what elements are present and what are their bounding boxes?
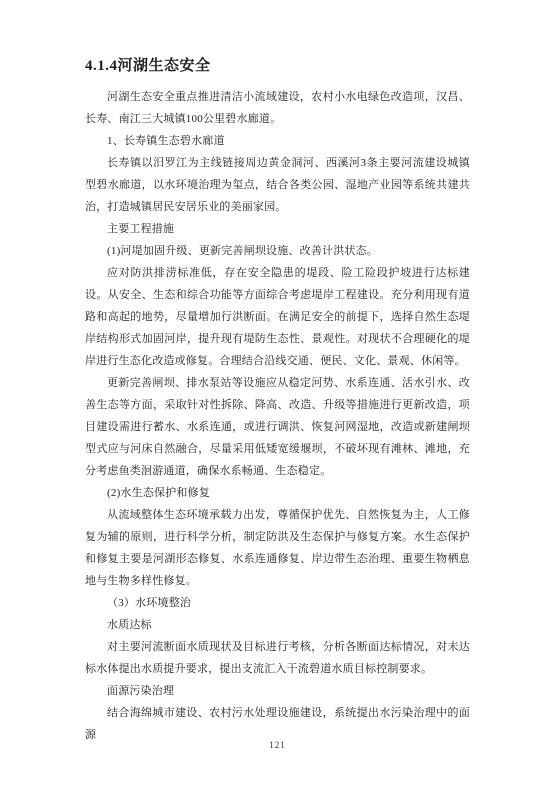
page-number: 121 <box>85 740 470 750</box>
paragraph-container: 河湖生态安全重点推进清洁小流域建设，农村小水电绿色改造项，汉昌、长寿、南江三大城… <box>85 86 470 746</box>
paragraph: 从流域整体生态环境承载力出发，尊循保护优先、自然恢复为主，人工修复为辅的原则，进… <box>85 504 470 592</box>
section-heading: 4.1.4河湖生态安全 <box>85 54 470 78</box>
paragraph: 更新完善闸坝、排水泵站等设施应从稳定河势、水系连通、活水引水、改善生态等方面，采… <box>85 372 470 482</box>
paragraph: (1)河堤加固升级、更新完善闸坝设施、改善计洪状态。 <box>85 240 470 262</box>
paragraph: （3）水环境整治 <box>85 592 470 614</box>
document-content: 4.1.4河湖生态安全 河湖生态安全重点推进清洁小流域建设，农村小水电绿色改造项… <box>85 54 470 746</box>
paragraph: 长寿镇以汨罗江为主线链接周边黄金洞河、西溪河3条主要河流建设城镇型碧水廊道，以水… <box>85 152 470 218</box>
paragraph: 对主要河流断面水质现状及目标进行考核，分析各断面达标情况，对未达标水体提出水质提… <box>85 636 470 680</box>
paragraph: 面源污染治理 <box>85 680 470 702</box>
paragraph: 应对防洪排涝标准低，存在安全隐患的堤段、险工险段护坡进行达标建设。从安全、生态和… <box>85 262 470 372</box>
paragraph: 河湖生态安全重点推进清洁小流域建设，农村小水电绿色改造项，汉昌、长寿、南江三大城… <box>85 86 470 130</box>
document-page: 4.1.4河湖生态安全 河湖生态安全重点推进清洁小流域建设，农村小水电绿色改造项… <box>0 0 555 785</box>
paragraph: 1、长寿镇生态碧水廊道 <box>85 130 470 152</box>
paragraph: 水质达标 <box>85 614 470 636</box>
paragraph: (2)水生态保护和修复 <box>85 482 470 504</box>
paragraph: 主要工程措施 <box>85 218 470 240</box>
